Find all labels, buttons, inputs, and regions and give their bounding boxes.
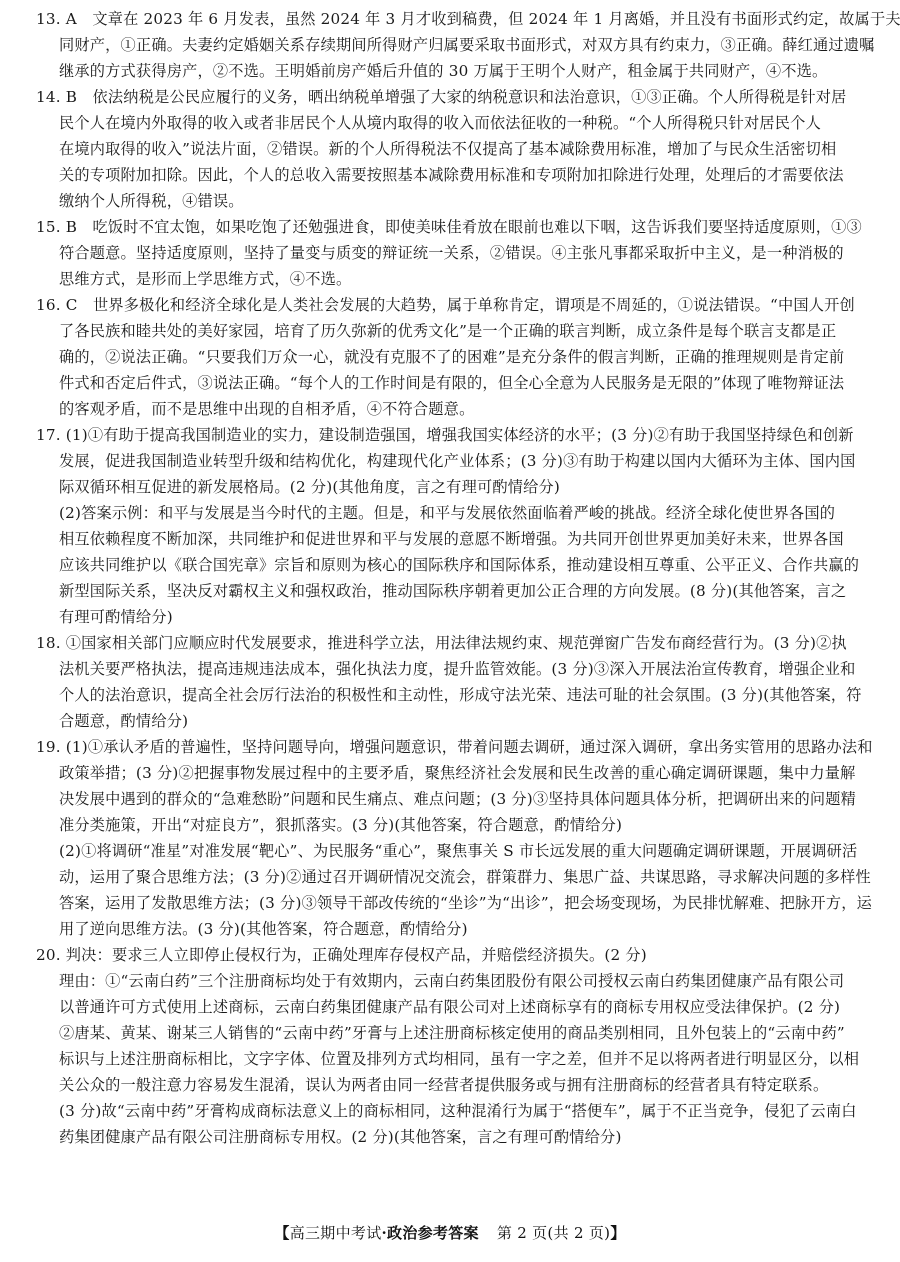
answer-line: 政策举措；(3 分)②把握事物发展过程中的主要矛盾，聚焦经济社会发展和民生改善的… <box>36 760 864 786</box>
answer-line: 14. B 依法纳税是公民应履行的义务，晒出纳税单增强了大家的纳税意识和法治意识… <box>36 84 864 110</box>
answer-key-page: 13. A 文章在 2023 年 6 月发表，虽然 2024 年 3 月才收到稿… <box>36 6 864 1150</box>
answer-line: (2)答案示例：和平与发展是当今时代的主题。但是，和平与发展依然面临着严峻的挑战… <box>36 500 864 526</box>
answer-line: 标识与上述注册商标相比，文字字体、位置及排列方式均相同，虽有一字之差，但并不足以… <box>36 1046 864 1072</box>
answer-line: ②唐某、黄某、谢某三人销售的“云南中药”牙膏与上述注册商标核定使用的商品类别相同… <box>36 1020 864 1046</box>
footer-exam-name: 高三期中考试 <box>290 1224 382 1242</box>
footer-open-bracket: 【 <box>274 1224 289 1242</box>
page-footer: 【高三期中考试·政治参考答案第 2 页(共 2 页)】 <box>0 1222 900 1243</box>
answer-line: 在境内取得的收入”说法片面，②错误。新的个人所得税法不仅提高了基本减除费用标准，… <box>36 136 864 162</box>
answer-line: 新型国际关系，坚决反对霸权主义和强权政治，推动国际秩序朝着更加公正合理的方向发展… <box>36 578 864 604</box>
footer-page-number: 第 2 页(共 2 页) <box>497 1224 610 1242</box>
answer-line: 法机关要严格执法，提高违规违法成本，强化执法力度，提升监管效能。(3 分)③深入… <box>36 656 864 682</box>
answer-line: 17. (1)①有助于提高我国制造业的实力，建设制造强国，增强我国实体经济的水平… <box>36 422 864 448</box>
answer-line: 关公众的一般注意力容易发生混淆，误认为两者由同一经营者提供服务或与拥有注册商标的… <box>36 1072 864 1098</box>
answer-line: 思维方式，是形而上学思维方式，④不选。 <box>36 266 864 292</box>
answer-line: (2)①将调研“准星”对准发展“靶心”、为民服务“重心”，聚焦事关 S 市长远发… <box>36 838 864 864</box>
footer-subject: 政治参考答案 <box>387 1224 479 1242</box>
answer-line: 发展，促进我国制造业转型升级和结构优化，构建现代化产业体系；(3 分)③有助于构… <box>36 448 864 474</box>
answer-line: 理由：①“云南白药”三个注册商标均处于有效期内，云南白药集团股份有限公司授权云南… <box>36 968 864 994</box>
answer-18: 18. ①国家相关部门应顺应时代发展要求，推进科学立法，用法律法规约束、规范弹窗… <box>36 630 864 734</box>
answer-line: 个人的法治意识，提高全社会厉行法治的积极性和主动性，形成守法光荣、违法可耻的社会… <box>36 682 864 708</box>
answer-17: 17. (1)①有助于提高我国制造业的实力，建设制造强国，增强我国实体经济的水平… <box>36 422 864 630</box>
answer-line: 缴纳个人所得税，④错误。 <box>36 188 864 214</box>
answer-line: 20. 判决：要求三人立即停止侵权行为，正确处理库存侵权产品，并赔偿经济损失。(… <box>36 942 864 968</box>
answer-line: 应该共同维护以《联合国宪章》宗旨和原则为核心的国际秩序和国际体系，推动建设相互尊… <box>36 552 864 578</box>
answer-line: 继承的方式获得房产，②不选。王明婚前房产婚后升值的 30 万属于王明个人财产，租… <box>36 58 864 84</box>
answer-line: 件式和否定后件式，③说法正确。“每个人的工作时间是有限的，但全心全意为人民服务是… <box>36 370 864 396</box>
answer-line: 13. A 文章在 2023 年 6 月发表，虽然 2024 年 3 月才收到稿… <box>36 6 864 32</box>
answer-line: 同财产，①正确。夫妻约定婚姻关系存续期间所得财产归属要采取书面形式，对双方具有约… <box>36 32 864 58</box>
answer-line: 民个人在境内外取得的收入或者非居民个人从境内取得的收入而依法征收的一种税。“个人… <box>36 110 864 136</box>
answer-line: 有理可酌情给分) <box>36 604 864 630</box>
answer-line: 准分类施策，开出“对症良方”，狠抓落实。(3 分)(其他答案，符合题意，酌情给分… <box>36 812 864 838</box>
answer-20: 20. 判决：要求三人立即停止侵权行为，正确处理库存侵权产品，并赔偿经济损失。(… <box>36 942 864 1150</box>
answer-line: 符合题意。坚持适度原则，坚持了量变与质变的辩证统一关系，②错误。④主张凡事都采取… <box>36 240 864 266</box>
answer-line: 际双循环相互促进的新发展格局。(2 分)(其他角度，言之有理可酌情给分) <box>36 474 864 500</box>
answer-line: 相互依赖程度不断加深，共同维护和促进世界和平与发展的意愿不断增强。为共同开创世界… <box>36 526 864 552</box>
answer-line: 以普通许可方式使用上述商标，云南白药集团健康产品有限公司对上述商标享有的商标专用… <box>36 994 864 1020</box>
answer-15: 15. B 吃饭时不宜太饱，如果吃饱了还勉强进食，即使美味佳肴放在眼前也难以下咽… <box>36 214 864 292</box>
answer-line: 18. ①国家相关部门应顺应时代发展要求，推进科学立法，用法律法规约束、规范弹窗… <box>36 630 864 656</box>
answer-line: 药集团健康产品有限公司注册商标专用权。(2 分)(其他答案，言之有理可酌情给分) <box>36 1124 864 1150</box>
answer-line: 合题意，酌情给分) <box>36 708 864 734</box>
answer-line: 用了逆向思维方法。(3 分)(其他答案，符合题意，酌情给分) <box>36 916 864 942</box>
answer-line: 19. (1)①承认矛盾的普遍性，坚持问题导向，增强问题意识，带着问题去调研，通… <box>36 734 864 760</box>
answer-13: 13. A 文章在 2023 年 6 月发表，虽然 2024 年 3 月才收到稿… <box>36 6 864 84</box>
answer-14: 14. B 依法纳税是公民应履行的义务，晒出纳税单增强了大家的纳税意识和法治意识… <box>36 84 864 214</box>
answer-line: 16. C 世界多极化和经济全球化是人类社会发展的大趋势，属于单称肯定，谓项是不… <box>36 292 864 318</box>
answer-line: 答案，运用了发散思维方法；(3 分)③领导干部改传统的“坐诊”为“出诊”，把会场… <box>36 890 864 916</box>
answer-line: 决发展中遇到的群众的“急难愁盼”问题和民生痛点、难点问题；(3 分)③坚持具体问… <box>36 786 864 812</box>
answer-16: 16. C 世界多极化和经济全球化是人类社会发展的大趋势，属于单称肯定，谓项是不… <box>36 292 864 422</box>
answer-line: 的客观矛盾，而不是思维中出现的自相矛盾，④不符合题意。 <box>36 396 864 422</box>
footer-close-bracket: 】 <box>610 1224 625 1242</box>
answer-line: 确的，②说法正确。“只要我们万众一心，就没有克服不了的困难”是充分条件的假言判断… <box>36 344 864 370</box>
answer-line: 关的专项附加扣除。因此，个人的总收入需要按照基本减除费用标准和专项附加扣除进行处… <box>36 162 864 188</box>
answer-19: 19. (1)①承认矛盾的普遍性，坚持问题导向，增强问题意识，带着问题去调研，通… <box>36 734 864 942</box>
answer-line: (3 分)故“云南中药”牙膏构成商标法意义上的商标相同，这种混淆行为属于“搭便车… <box>36 1098 864 1124</box>
answer-line: 了各民族和睦共处的美好家园，培育了历久弥新的优秀文化”是一个正确的联言判断，成立… <box>36 318 864 344</box>
answer-line: 15. B 吃饭时不宜太饱，如果吃饱了还勉强进食，即使美味佳肴放在眼前也难以下咽… <box>36 214 864 240</box>
answer-line: 动，运用了聚合思维方法；(3 分)②通过召开调研情况交流会，群策群力、集思广益、… <box>36 864 864 890</box>
